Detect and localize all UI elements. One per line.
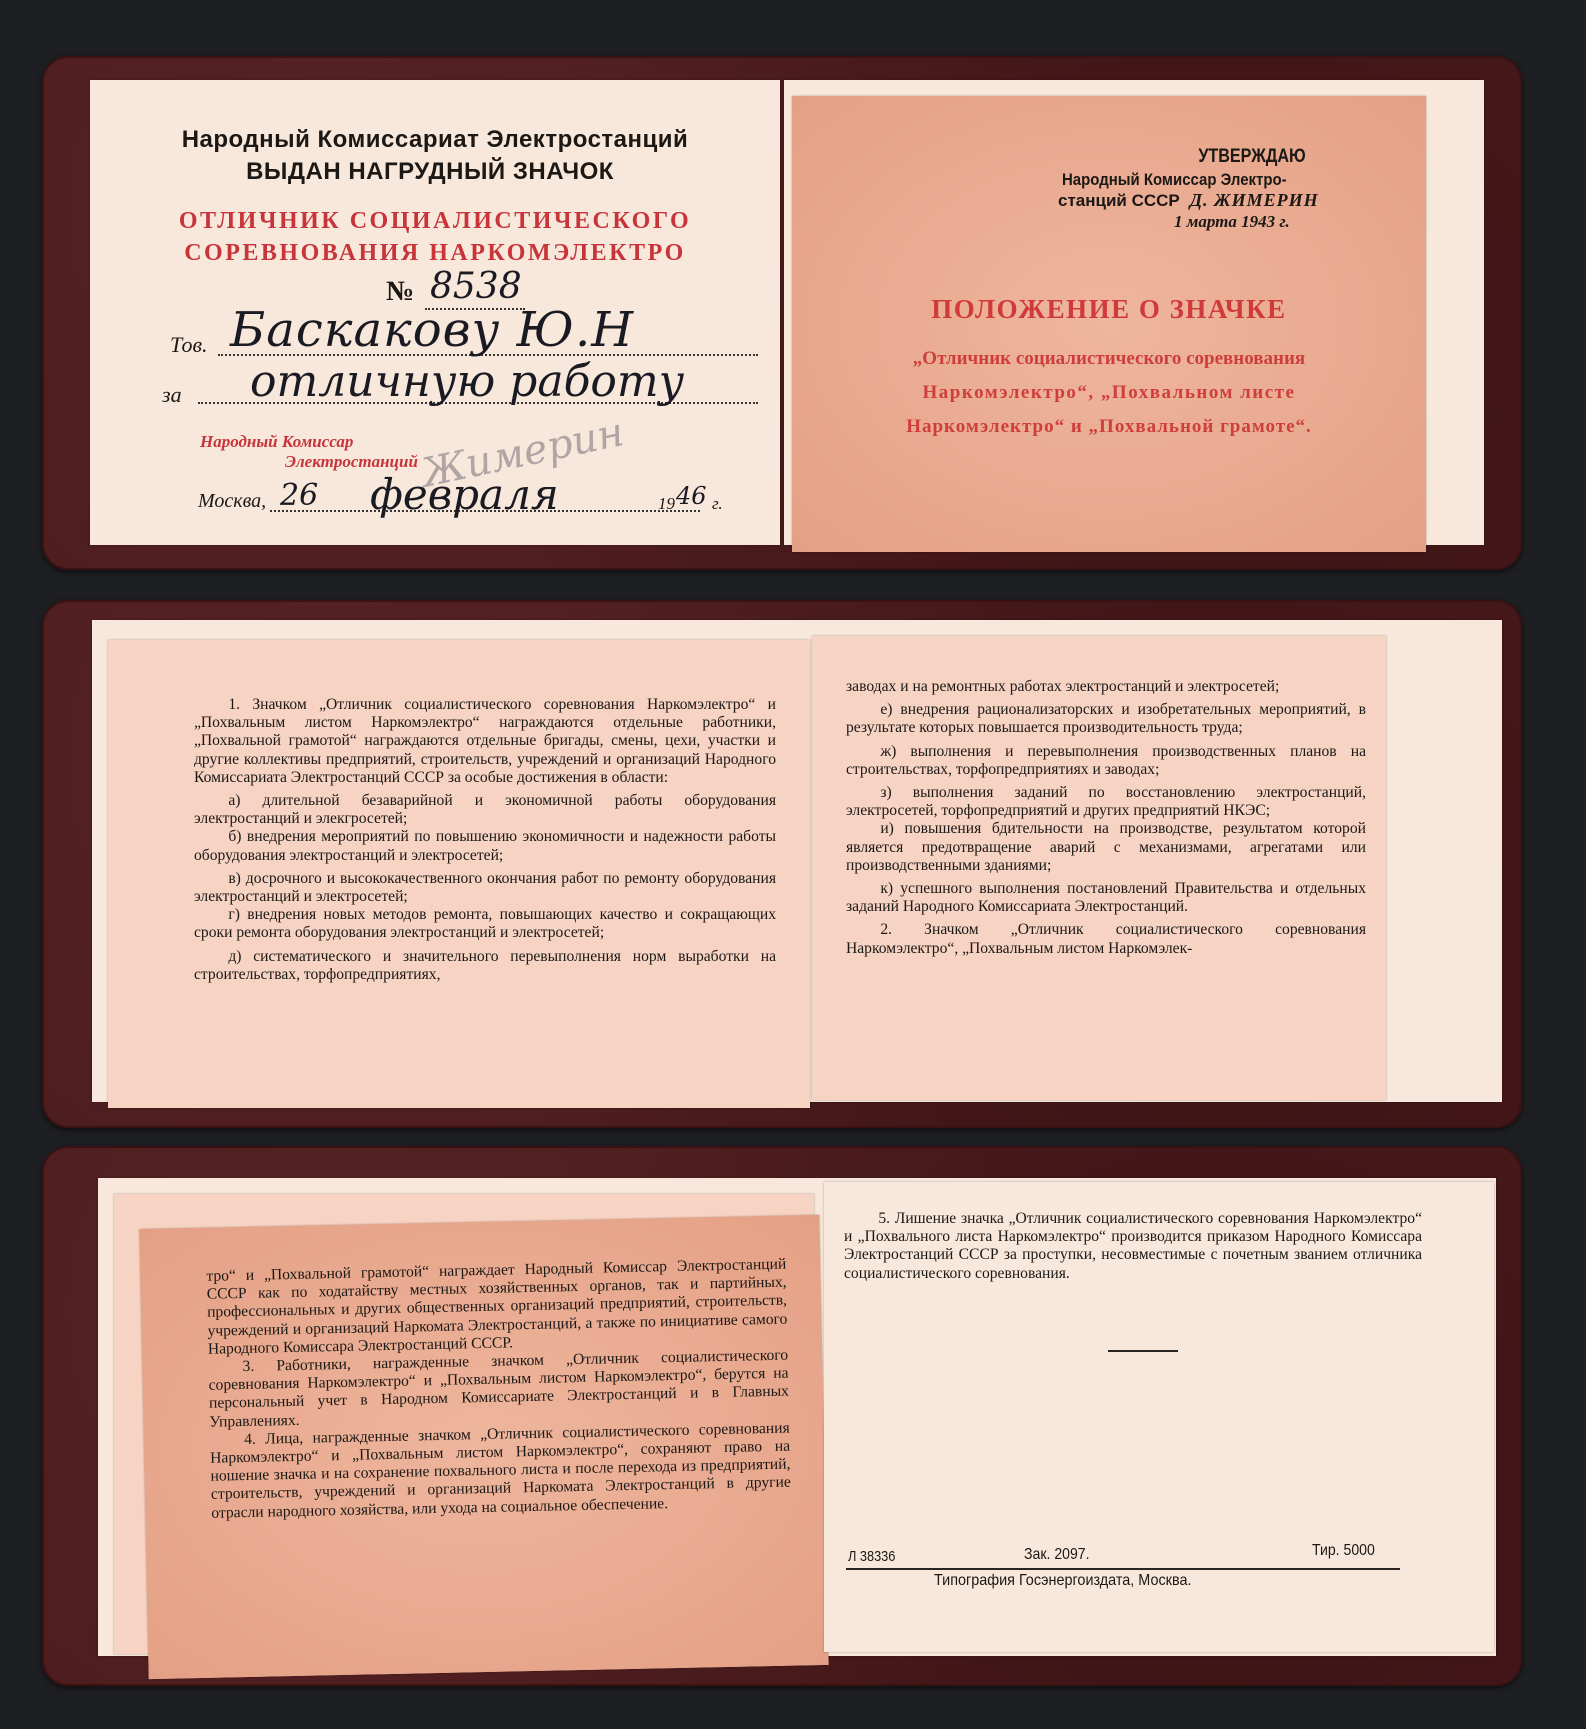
approve-date: 1 марта 1943 г. <box>1174 212 1290 232</box>
regulation-text-page-2: заводах и на ремонтных работах электрост… <box>846 678 1366 958</box>
clause-a: а) длительной безаварийной и экономичной… <box>194 792 776 828</box>
paragraph-2-start: 2. Значком „Отличник социалистического с… <box>846 921 1366 957</box>
clause-z: з) выполнения заданий по восстановлению … <box>846 784 1366 820</box>
regulation-text-page-3: тро“ и „Похвальной грамотой“ награждает … <box>206 1256 791 1523</box>
paragraph-1: 1. Значком „Отличник социалистического с… <box>194 696 776 787</box>
clause-zh: ж) выполнения и перевыполнения производс… <box>846 743 1366 779</box>
approve-line1: Народный Комиссар Электро- <box>1062 170 1287 190</box>
paragraph-2-continued: тро“ и „Похвальной грамотой“ награждает … <box>206 1256 788 1359</box>
date-day: 26 <box>280 478 318 513</box>
clause-g: г) внедрения новых методов ремонта, повы… <box>194 906 776 942</box>
badge-title-line2: СОРЕВНОВАНИЯ НАРКОМЭЛЕКТРО <box>90 240 780 267</box>
approve-line2: станций СССР Д. ЖИМЕРИН <box>1058 190 1319 211</box>
date-year-suffix: 46 <box>676 482 707 510</box>
issuer-heading: Народный Комиссариат Электростанций <box>90 126 780 154</box>
badge-issued-heading: ВЫДАН НАГРУДНЫЙ ЗНАЧОК <box>90 158 770 186</box>
recipient-label: Тов. <box>170 332 208 358</box>
clause-b: б) внедрения мероприятий по повышению эк… <box>194 828 776 864</box>
clause-d-continued: заводах и на ремонтных работах электрост… <box>846 678 1366 696</box>
regulation-subtitle-line2: Наркомэлектро“, „Похвальном листе <box>792 382 1426 404</box>
year-mark: г. <box>712 494 723 514</box>
regulation-text-page-1: 1. Значком „Отличник социалистического с… <box>194 696 776 984</box>
award-reason: отличную работу <box>250 356 684 407</box>
recipient-name: Баскакову Ю.Н <box>230 302 634 358</box>
clause-d: д) систематического и значительного пере… <box>194 948 776 984</box>
signatory-title-line2: Электростанций <box>285 452 418 472</box>
regulation-title: ПОЛОЖЕНИЕ О ЗНАЧКЕ <box>792 294 1426 325</box>
approve-heading: УТВЕРЖДАЮ <box>1184 146 1320 168</box>
certificate-page: Народный Комиссариат Электростанций ВЫДА… <box>90 80 780 545</box>
paragraph-3: 3. Работники, награжденные значком „Отли… <box>208 1347 789 1432</box>
regulation-subtitle-line3: Наркомэлектро“ и „Похвальной грамоте“. <box>792 416 1426 438</box>
imprint-printer: Типография Госэнергоиздата, Москва. <box>934 1572 1191 1590</box>
imprint-code: Л 38336 <box>848 1548 895 1565</box>
regulation-cover-leaflet: УТВЕРЖДАЮ Народный Комиссар Электро- ста… <box>792 96 1426 552</box>
imprint-print-run: Тир. 5000 <box>1312 1542 1375 1560</box>
paragraph-4: 4. Лица, награжденные значком „Отличник … <box>210 1419 792 1522</box>
paragraph-5: 5. Лишение значка „Отличник социалистиче… <box>844 1210 1422 1283</box>
regulation-subtitle-line1: „Отличник социалистического соревнования <box>792 348 1426 370</box>
regulation-page-2: заводах и на ремонтных работах электрост… <box>812 636 1386 1100</box>
date-month: февраля <box>370 470 559 519</box>
section-end-divider <box>1108 1350 1178 1352</box>
clause-k: к) успешного выполнения постановлений Пр… <box>846 880 1366 916</box>
place-label: Москва, <box>198 490 266 513</box>
reason-label: за <box>162 382 182 408</box>
regulation-text-page-4: 5. Лишение значка „Отличник социалистиче… <box>844 1210 1422 1283</box>
imprint-rule <box>846 1568 1400 1570</box>
regulation-page-1: 1. Значком „Отличник социалистического с… <box>108 640 810 1108</box>
imprint-order: Зак. 2097. <box>1024 1546 1090 1564</box>
signatory-title-line1: Народный Комиссар <box>200 432 353 452</box>
regulation-page-3: тро“ и „Похвальной грамотой“ награждает … <box>139 1215 828 1679</box>
date-year-prefix: 19 <box>658 494 675 514</box>
clause-e: е) внедрения рационализаторских и изобре… <box>846 701 1366 737</box>
clause-i: и) повышения бдительности на производств… <box>846 820 1366 875</box>
approve-line2-prefix: станций СССР <box>1058 191 1180 210</box>
certificate-number: 8538 <box>430 266 522 307</box>
regulation-back-page: 5. Лишение значка „Отличник социалистиче… <box>824 1182 1494 1652</box>
badge-title-line1: ОТЛИЧНИК СОЦИАЛИСТИЧЕСКОГО <box>90 208 780 235</box>
clause-v: в) досрочного и высококачественного окон… <box>194 870 776 906</box>
commissar-name: Д. ЖИМЕРИН <box>1190 190 1319 210</box>
